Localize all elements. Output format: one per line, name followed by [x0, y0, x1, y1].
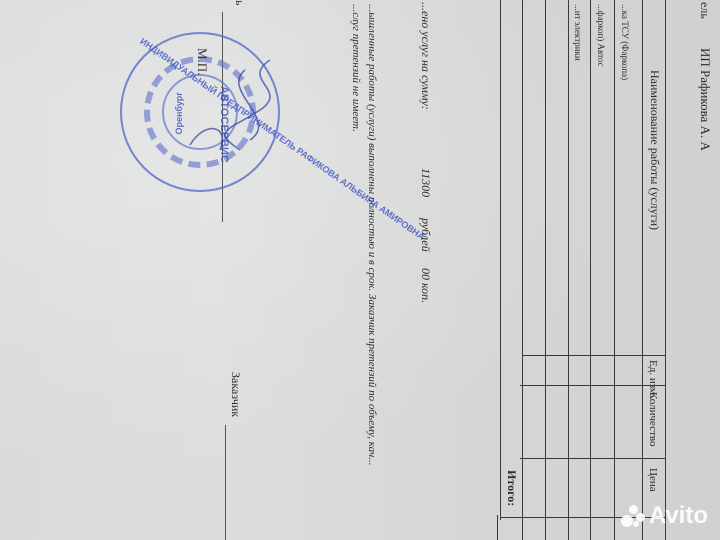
column-separator	[520, 385, 665, 386]
avito-logo-icon	[621, 505, 645, 527]
signature-scribble	[150, 50, 290, 160]
total-border	[497, 515, 498, 540]
sum-amount: 11300	[418, 168, 433, 197]
total-label: Итого:	[504, 470, 519, 506]
table-row-name: ...нт электрики	[573, 4, 583, 61]
table-row-name: ...фаркоп) Автос	[596, 4, 606, 67]
statement-line-2: ...слуг претензий не имеет.	[350, 4, 362, 132]
table-row-name: ...ка ТСУ (Фаркопа)	[620, 4, 630, 80]
sum-kop: 00 коп.	[418, 268, 433, 303]
header-fragment: ель	[697, 2, 712, 19]
table-row-line	[568, 0, 569, 540]
executor-label: ь	[232, 0, 247, 5]
table-border-right	[665, 0, 666, 540]
column-separator	[520, 458, 665, 459]
table-border-left	[500, 0, 501, 520]
table-border	[642, 0, 643, 540]
table-row-line	[614, 0, 615, 540]
customer-label: Заказчик	[228, 372, 243, 417]
contractor-name: ИП Рафикова А. А	[697, 48, 713, 151]
customer-signature-line	[225, 425, 226, 540]
table-row-line	[590, 0, 591, 540]
column-separator	[522, 355, 665, 356]
col-header-qty: Количество	[647, 392, 659, 447]
avito-watermark: Avito	[621, 502, 708, 530]
table-row-line	[522, 0, 523, 540]
table-row-line	[545, 0, 546, 540]
col-header-price: Цена	[647, 468, 659, 492]
sum-prefix: ...ено услуг на сумму:	[418, 2, 433, 110]
col-header-name: Наименование работы (услуги)	[647, 70, 662, 230]
statement-line-1: ...ышленные работы (услуги) выполнены по…	[366, 4, 378, 465]
avito-brand: Avito	[649, 502, 708, 530]
